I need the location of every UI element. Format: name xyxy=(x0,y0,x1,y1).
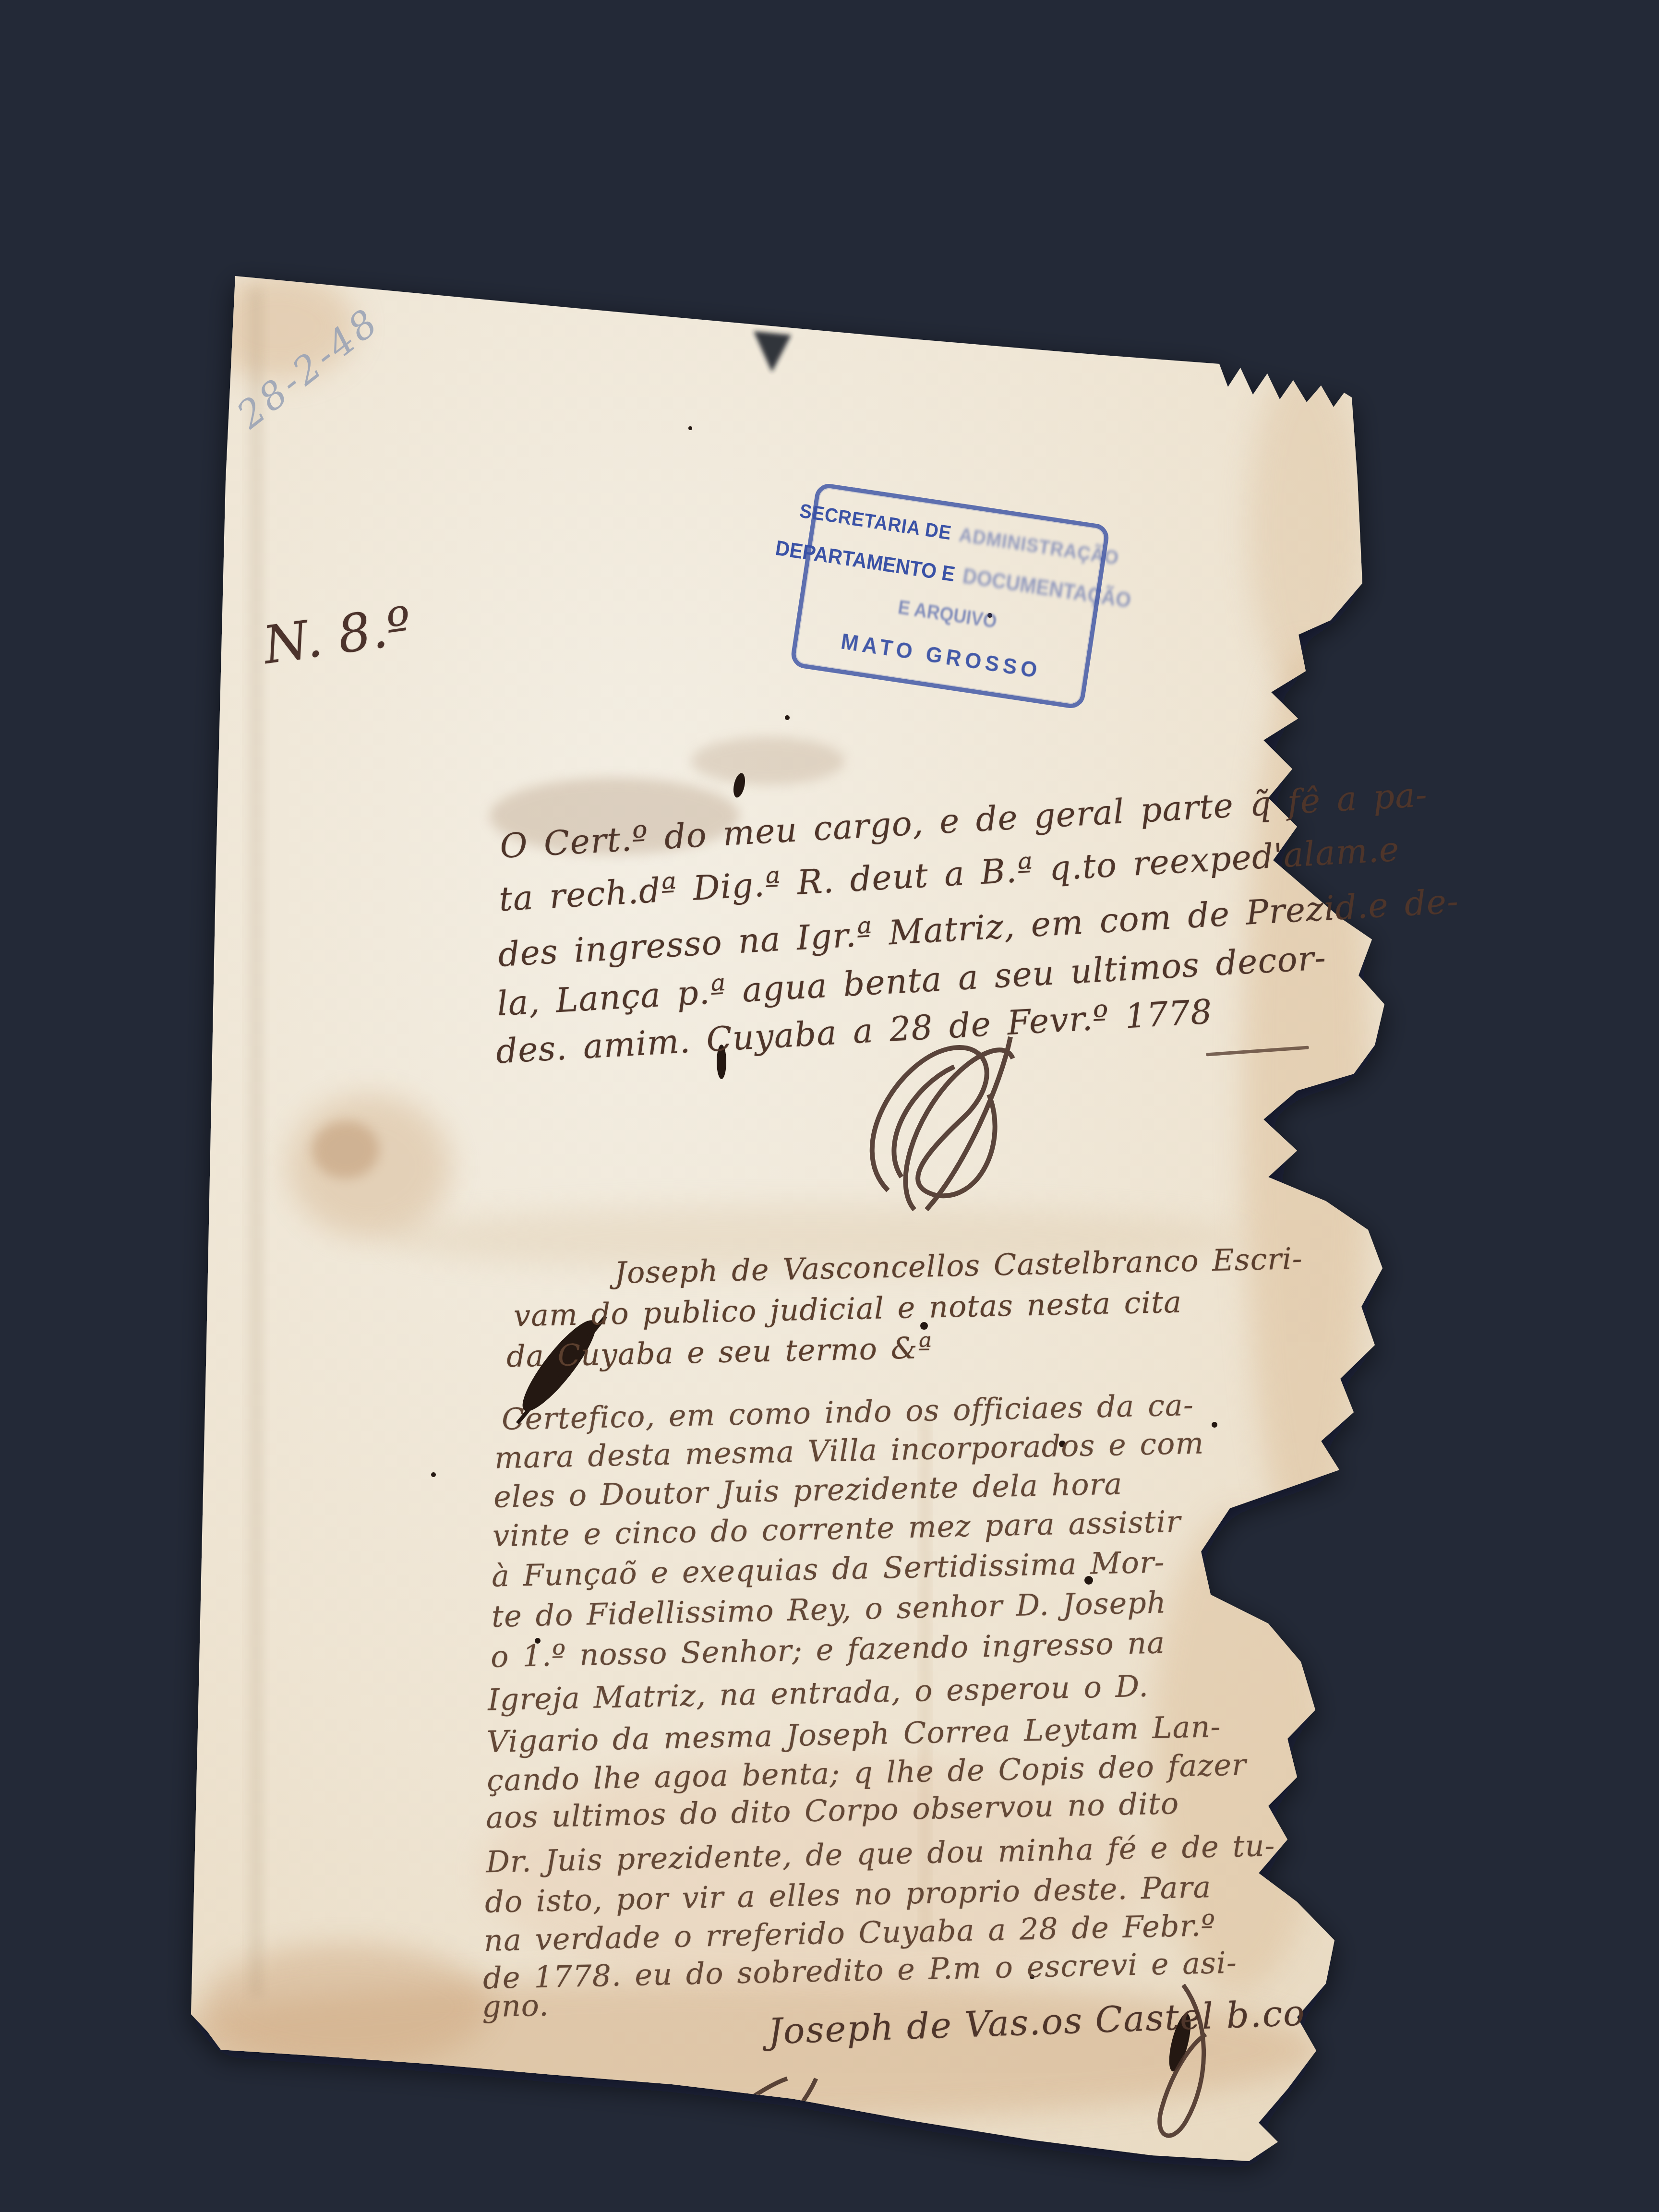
shadow-left-edge xyxy=(250,288,262,1997)
archive-photo: 28-2-48 N. 8.º SECRETARIA DE ADMINISTRAÇ… xyxy=(0,0,1659,2212)
stain-bottom-left xyxy=(202,1944,490,2069)
stamp-line-3: E ARQUIVO xyxy=(896,597,998,633)
stamp-line-1-right: ADMINISTRAÇÃO xyxy=(958,523,1120,569)
stamp-line-4: MATO GROSSO xyxy=(839,627,1043,684)
stain-left-mid-core xyxy=(312,1121,379,1178)
ink-blot-bottom xyxy=(651,2098,741,2176)
smudge-above-dispatch-2 xyxy=(691,737,845,785)
certificate-body-line-16: gno. xyxy=(481,1988,549,2024)
stamp-line-1-left: SECRETARIA DE xyxy=(798,500,953,545)
stain-top-right-edge xyxy=(1248,360,1363,696)
